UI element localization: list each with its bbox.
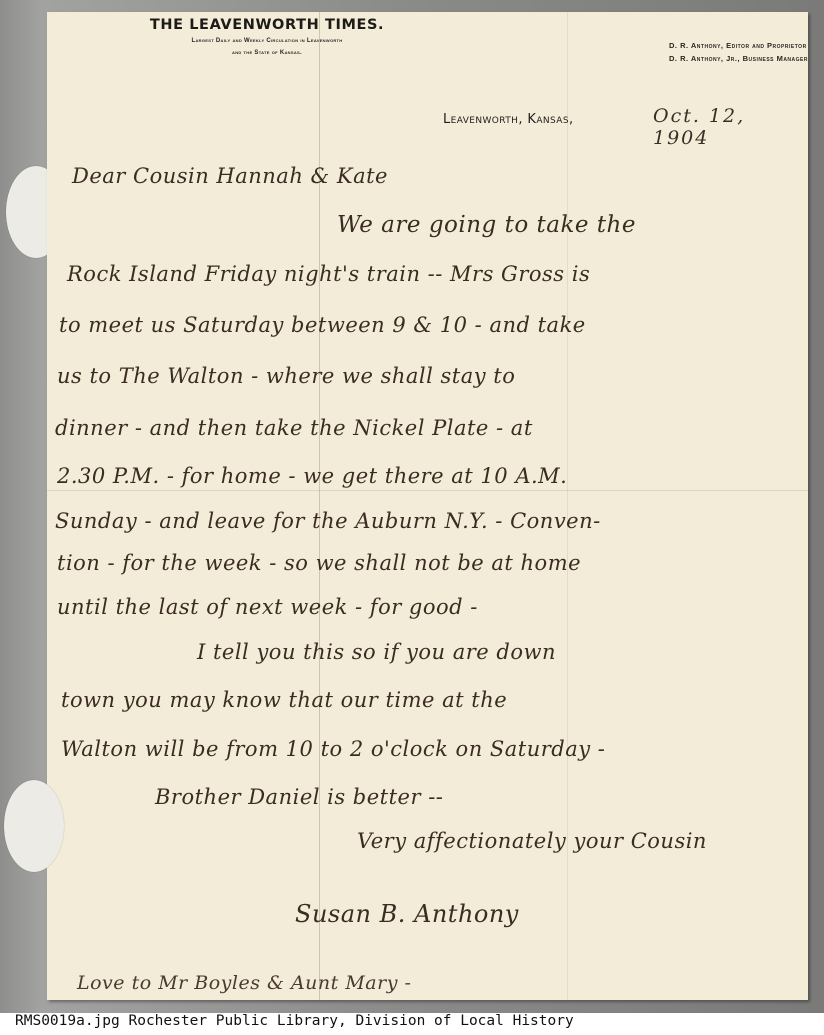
letter-line-13: Brother Daniel is better -- <box>155 785 443 809</box>
officer-manager: D. R. Anthony, Jr., Business Manager <box>669 52 808 65</box>
officer-editor: D. R. Anthony, Editor and Proprietor <box>669 39 808 52</box>
letter-line-1: We are going to take the <box>337 212 636 238</box>
closing: Very affectionately your Cousin <box>357 829 707 853</box>
fold-line-vertical <box>319 12 320 1000</box>
letter-line-8: tion - for the week - so we shall not be… <box>57 551 581 575</box>
letter-line-12: Walton will be from 10 to 2 o'clock on S… <box>61 737 605 761</box>
letter-line-2: Rock Island Friday night's train -- Mrs … <box>67 262 590 286</box>
masthead-subtitle-2: and the State of Kansas. <box>142 49 392 57</box>
letter-line-6: 2.30 P.M. - for home - we get there at 1… <box>57 464 567 488</box>
fold-line-horizontal <box>47 490 808 491</box>
letter-line-4-text: us to The Walton - where we shall stay t… <box>57 364 515 388</box>
letter-page: THE LEAVENWORTH TIMES. Largest Daily and… <box>47 12 808 1000</box>
officers-block: D. R. Anthony, Editor and Proprietor D. … <box>669 39 808 65</box>
letter-line-7: Sunday - and leave for the Auburn N.Y. -… <box>55 509 601 533</box>
place-line: Leavenworth, Kansas, <box>443 112 574 127</box>
archive-caption: RMS0019a.jpg Rochester Public Library, D… <box>15 1013 574 1029</box>
letter-line-3: to meet us Saturday between 9 & 10 - and… <box>59 313 586 337</box>
masthead-subtitle-1: Largest Daily and Weekly Circulation in … <box>142 37 392 45</box>
letter-line-5: dinner - and then take the Nickel Plate … <box>55 416 533 440</box>
signature: Susan B. Anthony <box>295 900 519 928</box>
letter-line-9: until the last of next week - for good - <box>57 595 478 619</box>
letter-line-11: town you may know that our time at the <box>61 688 507 712</box>
newspaper-title: THE LEAVENWORTH TIMES. <box>142 17 392 33</box>
handwritten-date: Oct. 12, 1904 <box>653 105 808 149</box>
masthead: THE LEAVENWORTH TIMES. Largest Daily and… <box>142 17 392 57</box>
postscript: Love to Mr Boyles & Aunt Mary - <box>77 972 411 994</box>
letter-line-10: I tell you this so if you are down <box>197 640 556 664</box>
letter-line-4: us to The Walton - where we shall stay t… <box>57 364 515 388</box>
salutation: Dear Cousin Hannah & Kate <box>72 164 388 188</box>
mounting-tab-bottom <box>4 780 64 872</box>
